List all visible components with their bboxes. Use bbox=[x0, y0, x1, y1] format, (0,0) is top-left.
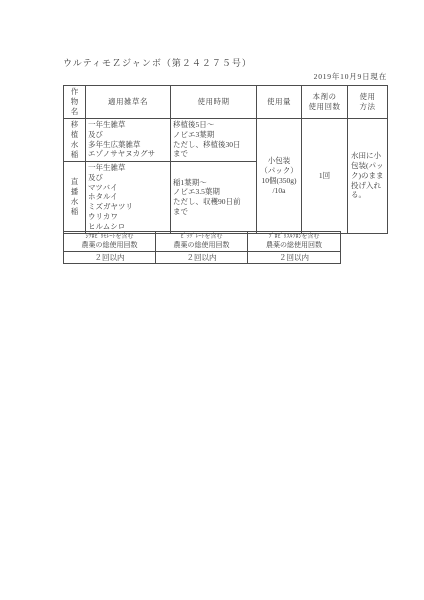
restriction-header-row: ｼｸﾛﾋﾟﾘﾓﾚｰﾄを含む 農薬の総使用回数 ﾋﾟﾗｿﾞﾚｰﾄを含む 農薬の総使… bbox=[64, 232, 341, 252]
registration-date: 2019年10月9日現在 bbox=[314, 71, 387, 82]
cell-period-transplanted: 移植後5日～ ノビエ3葉期 ただし、移植後30日 まで bbox=[171, 119, 257, 162]
ingredient-name: ﾋﾟﾗｿﾞﾚｰﾄを含む bbox=[158, 233, 245, 241]
header-crop-name: 作物名 bbox=[64, 86, 86, 119]
restriction-value-cyclopyrimorate: ２回以内 bbox=[64, 252, 156, 264]
cell-use-count: 1回 bbox=[302, 119, 348, 234]
cell-crop-transplanted: 移植水稲 bbox=[64, 119, 86, 162]
ingredient-name: ﾌﾟﾛﾋﾟﾘｽﾙﾌﾛﾝを含む bbox=[250, 233, 338, 241]
cell-crop-direct-seeded: 直播水稲 bbox=[64, 162, 86, 234]
restriction-label: 農薬の総使用回数 bbox=[250, 241, 338, 250]
document-page: ウルティモＺジャンボ（第２４２７５号） 2019年10月9日現在 作物名 適用雑… bbox=[0, 0, 424, 600]
table-row-transplanted-rice: 移植水稲 一年生雑草 及び 多年生広葉雑草 エゾノサヤヌカグサ 移植後5日～ ノ… bbox=[64, 119, 388, 162]
cell-crop-transplanted-text: 移植水稲 bbox=[71, 120, 79, 160]
cell-use-method: 水田に小包装(パック)のまま投げ入れる。 bbox=[348, 119, 388, 234]
restriction-value-propyrisulfuron: ２回以内 bbox=[248, 252, 341, 264]
header-use-method: 使用 方法 bbox=[348, 86, 388, 119]
total-usage-restriction-table: ｼｸﾛﾋﾟﾘﾓﾚｰﾄを含む 農薬の総使用回数 ﾋﾟﾗｿﾞﾚｰﾄを含む 農薬の総使… bbox=[63, 231, 341, 264]
usage-table-header-row: 作物名 適用雑草名 使用時期 使用量 本剤の 使用回数 使用 方法 bbox=[64, 86, 388, 119]
cell-period-direct-seeded: 稲1葉期～ ノビエ3.5葉期 ただし、収穫90日前 まで bbox=[171, 162, 257, 234]
restriction-label: 農薬の総使用回数 bbox=[66, 241, 153, 250]
cell-weeds-direct-seeded: 一年生雑草 及び マツバイ ホタルイ ミズガヤツリ ウリカワ ヒルムシロ bbox=[86, 162, 171, 234]
restriction-header-cyclopyrimorate: ｼｸﾛﾋﾟﾘﾓﾚｰﾄを含む 農薬の総使用回数 bbox=[64, 232, 156, 252]
restriction-value-row: ２回以内 ２回以内 ２回以内 bbox=[64, 252, 341, 264]
header-crop-name-text: 作物名 bbox=[71, 87, 79, 117]
header-use-amount: 使用量 bbox=[257, 86, 302, 119]
restriction-header-pyrazolate: ﾋﾟﾗｿﾞﾚｰﾄを含む 農薬の総使用回数 bbox=[156, 232, 248, 252]
cell-weeds-transplanted: 一年生雑草 及び 多年生広葉雑草 エゾノサヤヌカグサ bbox=[86, 119, 171, 162]
header-product-use-count: 本剤の 使用回数 bbox=[302, 86, 348, 119]
usage-table: 作物名 適用雑草名 使用時期 使用量 本剤の 使用回数 使用 方法 移植水稲 一… bbox=[63, 85, 388, 234]
restriction-header-propyrisulfuron: ﾌﾟﾛﾋﾟﾘｽﾙﾌﾛﾝを含む 農薬の総使用回数 bbox=[248, 232, 341, 252]
header-weed-name: 適用雑草名 bbox=[86, 86, 171, 119]
restriction-label: 農薬の総使用回数 bbox=[158, 241, 245, 250]
document-title: ウルティモＺジャンボ（第２４２７５号） bbox=[63, 56, 252, 69]
restriction-value-pyrazolate: ２回以内 bbox=[156, 252, 248, 264]
cell-crop-direct-seeded-text: 直播水稲 bbox=[71, 177, 79, 217]
ingredient-name: ｼｸﾛﾋﾟﾘﾓﾚｰﾄを含む bbox=[66, 233, 153, 241]
header-use-period: 使用時期 bbox=[171, 86, 257, 119]
cell-use-amount: 小包装 （パック） 10個(350g) /10a bbox=[257, 119, 302, 234]
